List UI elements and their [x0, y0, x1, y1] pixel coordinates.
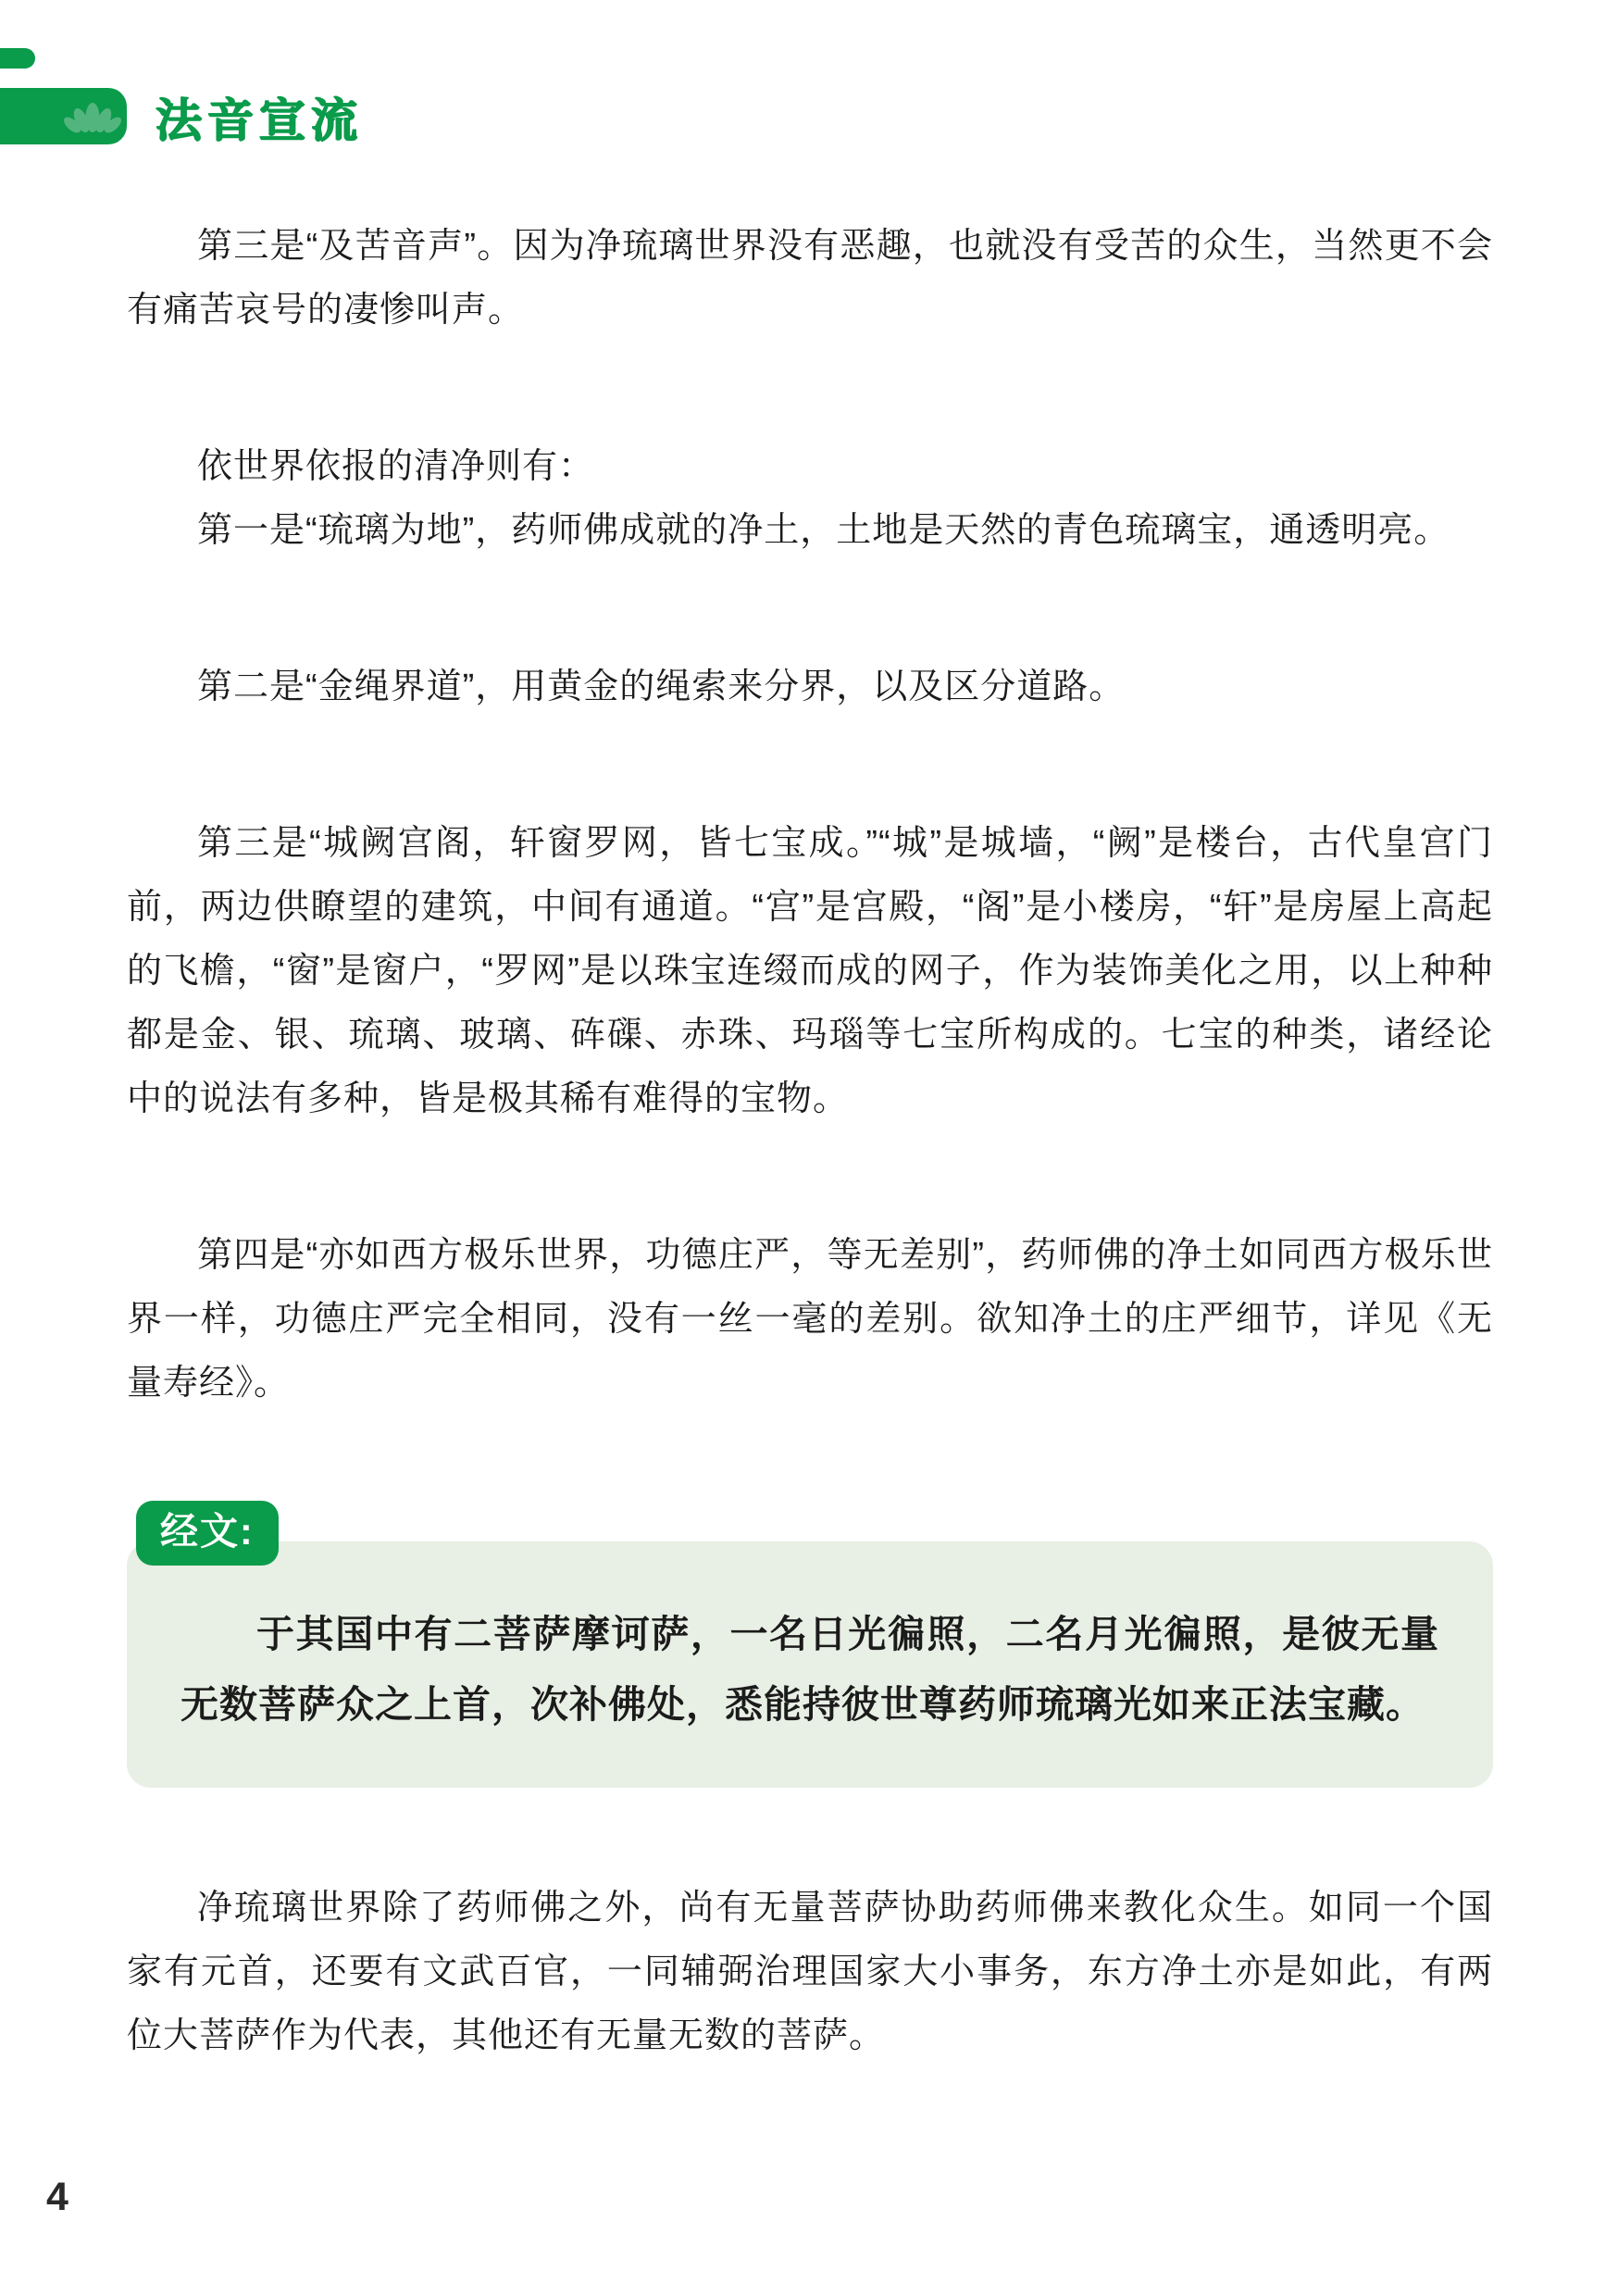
paragraph-1: 第三是“及苦音声”。因为净琉璃世界没有恶趣，也就没有受苦的众生，当然更不会有痛苦… [127, 215, 1493, 343]
page-number: 4 [46, 2175, 68, 2220]
paragraph-3: 第一是“琉璃为地”，药师佛成就的净土，土地是天然的青色琉璃宝，通透明亮。 [127, 499, 1493, 563]
paragraph-2: 依世界依报的清净则有： [127, 435, 1493, 499]
scripture-label: 经文: [136, 1501, 279, 1566]
scripture-box: 于其国中有二菩萨摩诃萨，一名日光徧照，二名月光徧照，是彼无量无数菩萨众之上首，次… [127, 1541, 1493, 1788]
page-body: 第三是“及苦音声”。因为净琉璃世界没有恶趣，也就没有受苦的众生，当然更不会有痛苦… [127, 215, 1493, 2068]
document-page: 法音宣流 第三是“及苦音声”。因为净琉璃世界没有恶趣，也就没有受苦的众生，当然更… [0, 0, 1618, 2296]
lotus-icon [62, 95, 123, 138]
paragraph-5: 第三是“城阙宫阁，轩窗罗网，皆七宝成。”“城”是城墙，“阙”是楼台，古代皇宫门前… [127, 812, 1493, 1131]
closing-paragraph: 净琉璃世界除了药师佛之外，尚有无量菩萨协助药师佛来教化众生。如同一个国家有元首，… [127, 1877, 1493, 2068]
left-edge-mark [0, 48, 35, 69]
logo-bar [0, 88, 127, 144]
scripture-section: 经文: 于其国中有二菩萨摩诃萨，一名日光徧照，二名月光徧照，是彼无量无数菩萨众之… [127, 1501, 1493, 1788]
scripture-text: 于其国中有二菩萨摩诃萨，一名日光徧照，二名月光徧照，是彼无量无数菩萨众之上首，次… [180, 1599, 1439, 1740]
logo-title: 法音宣流 [156, 88, 363, 144]
paragraph-4: 第二是“金绳界道”，用黄金的绳索来分界，以及区分道路。 [127, 655, 1493, 719]
paragraph-6: 第四是“亦如西方极乐世界，功德庄严，等无差别”，药师佛的净土如同西方极乐世界一样… [127, 1224, 1493, 1416]
